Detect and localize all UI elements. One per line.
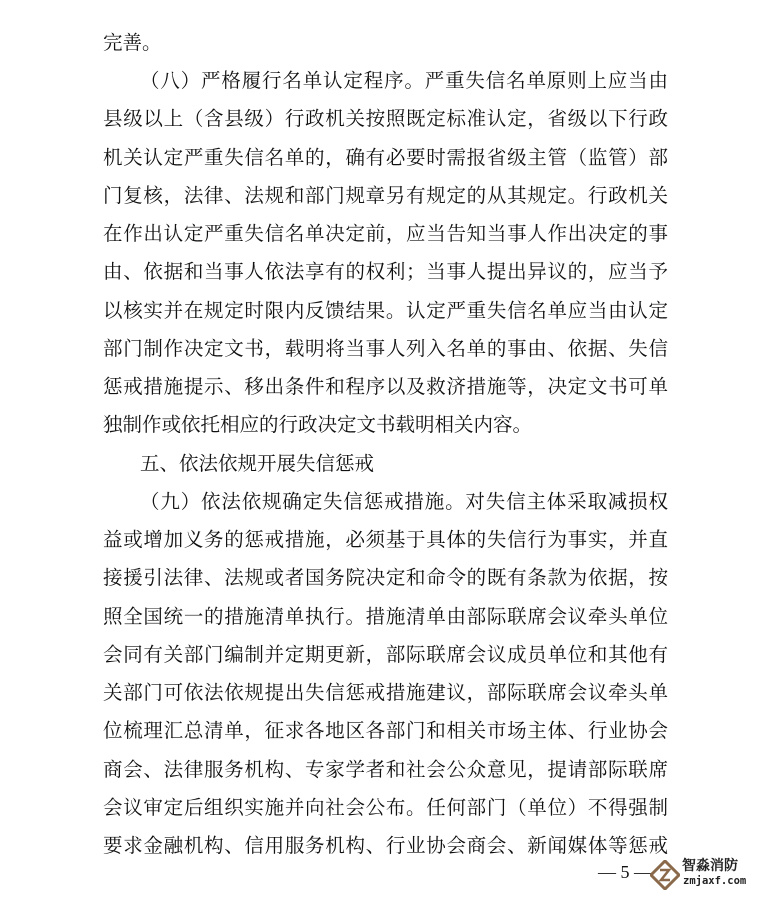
page-number: — 5 — <box>598 861 652 883</box>
watermark-name: 智淼消防 <box>682 858 738 875</box>
text-line: 益或增加义务的惩戒措施，必须基于具体的失信行为事实，并直 <box>103 525 668 555</box>
text-line: 部门制作决定文书，载明将当事人列入名单的事由、依据、失信 <box>103 334 668 364</box>
section-heading: 五、依法依规开展失信惩戒 <box>140 449 374 479</box>
text-line: 会议审定后组织实施并向社会公布。任何部门（单位）不得强制 <box>103 793 668 823</box>
document-page: 完善。 （八）严格履行名单认定程序。严重失信名单原则上应当由 县级以上（含县级）… <box>0 0 767 897</box>
text-line: 接援引法律、法规或者国务院决定和命令的既有条款为依据，按 <box>103 563 668 593</box>
text-line: 要求金融机构、信用服务机构、行业协会商会、新闻媒体等惩戒 <box>103 831 668 861</box>
text-line: 在作出认定严重失信名单决定前，应当告知当事人作出决定的事 <box>103 219 668 249</box>
text-line: 会同有关部门编制并定期更新，部际联席会议成员单位和其他有 <box>103 640 668 670</box>
watermark-url: zmjaxf.com <box>683 875 746 888</box>
watermark: 智淼消防 zmjaxf.com <box>650 858 760 892</box>
text-line: 以核实并在规定时限内反馈结果。认定严重失信名单应当由认定 <box>103 296 668 326</box>
text-line: 独制作或依托相应的行政决定文书载明相关内容。 <box>103 410 668 440</box>
text-line: 照全国统一的措施清单执行。措施清单由部际联席会议牵头单位 <box>103 602 668 632</box>
text-line: 惩戒措施提示、移出条件和程序以及救济措施等，决定文书可单 <box>103 372 668 402</box>
text-line: 完善。 <box>103 28 668 58</box>
text-line: 位梳理汇总清单，征求各地区各部门和相关市场主体、行业协会 <box>103 716 668 746</box>
diamond-z-logo-icon <box>650 860 680 890</box>
text-line: 由、依据和当事人依法享有的权利；当事人提出异议的，应当予 <box>103 257 668 287</box>
text-line: 关部门可依法依规提出失信惩戒措施建议，部际联席会议牵头单 <box>103 678 668 708</box>
text-line: 县级以上（含县级）行政机关按照既定标准认定，省级以下行政 <box>103 104 668 134</box>
section-9-title-line: （九）依法依规确定失信惩戒措施。对失信主体采取减损权 <box>140 487 668 517</box>
text-line: 门复核，法律、法规和部门规章另有规定的从其规定。行政机关 <box>103 181 668 211</box>
text-line: 机关认定严重失信名单的，确有必要时需报省级主管（监管）部 <box>103 143 668 173</box>
text-line: 商会、法律服务机构、专家学者和社会公众意见，提请部际联席 <box>103 755 668 785</box>
section-8-title-line: （八）严格履行名单认定程序。严重失信名单原则上应当由 <box>140 66 668 96</box>
